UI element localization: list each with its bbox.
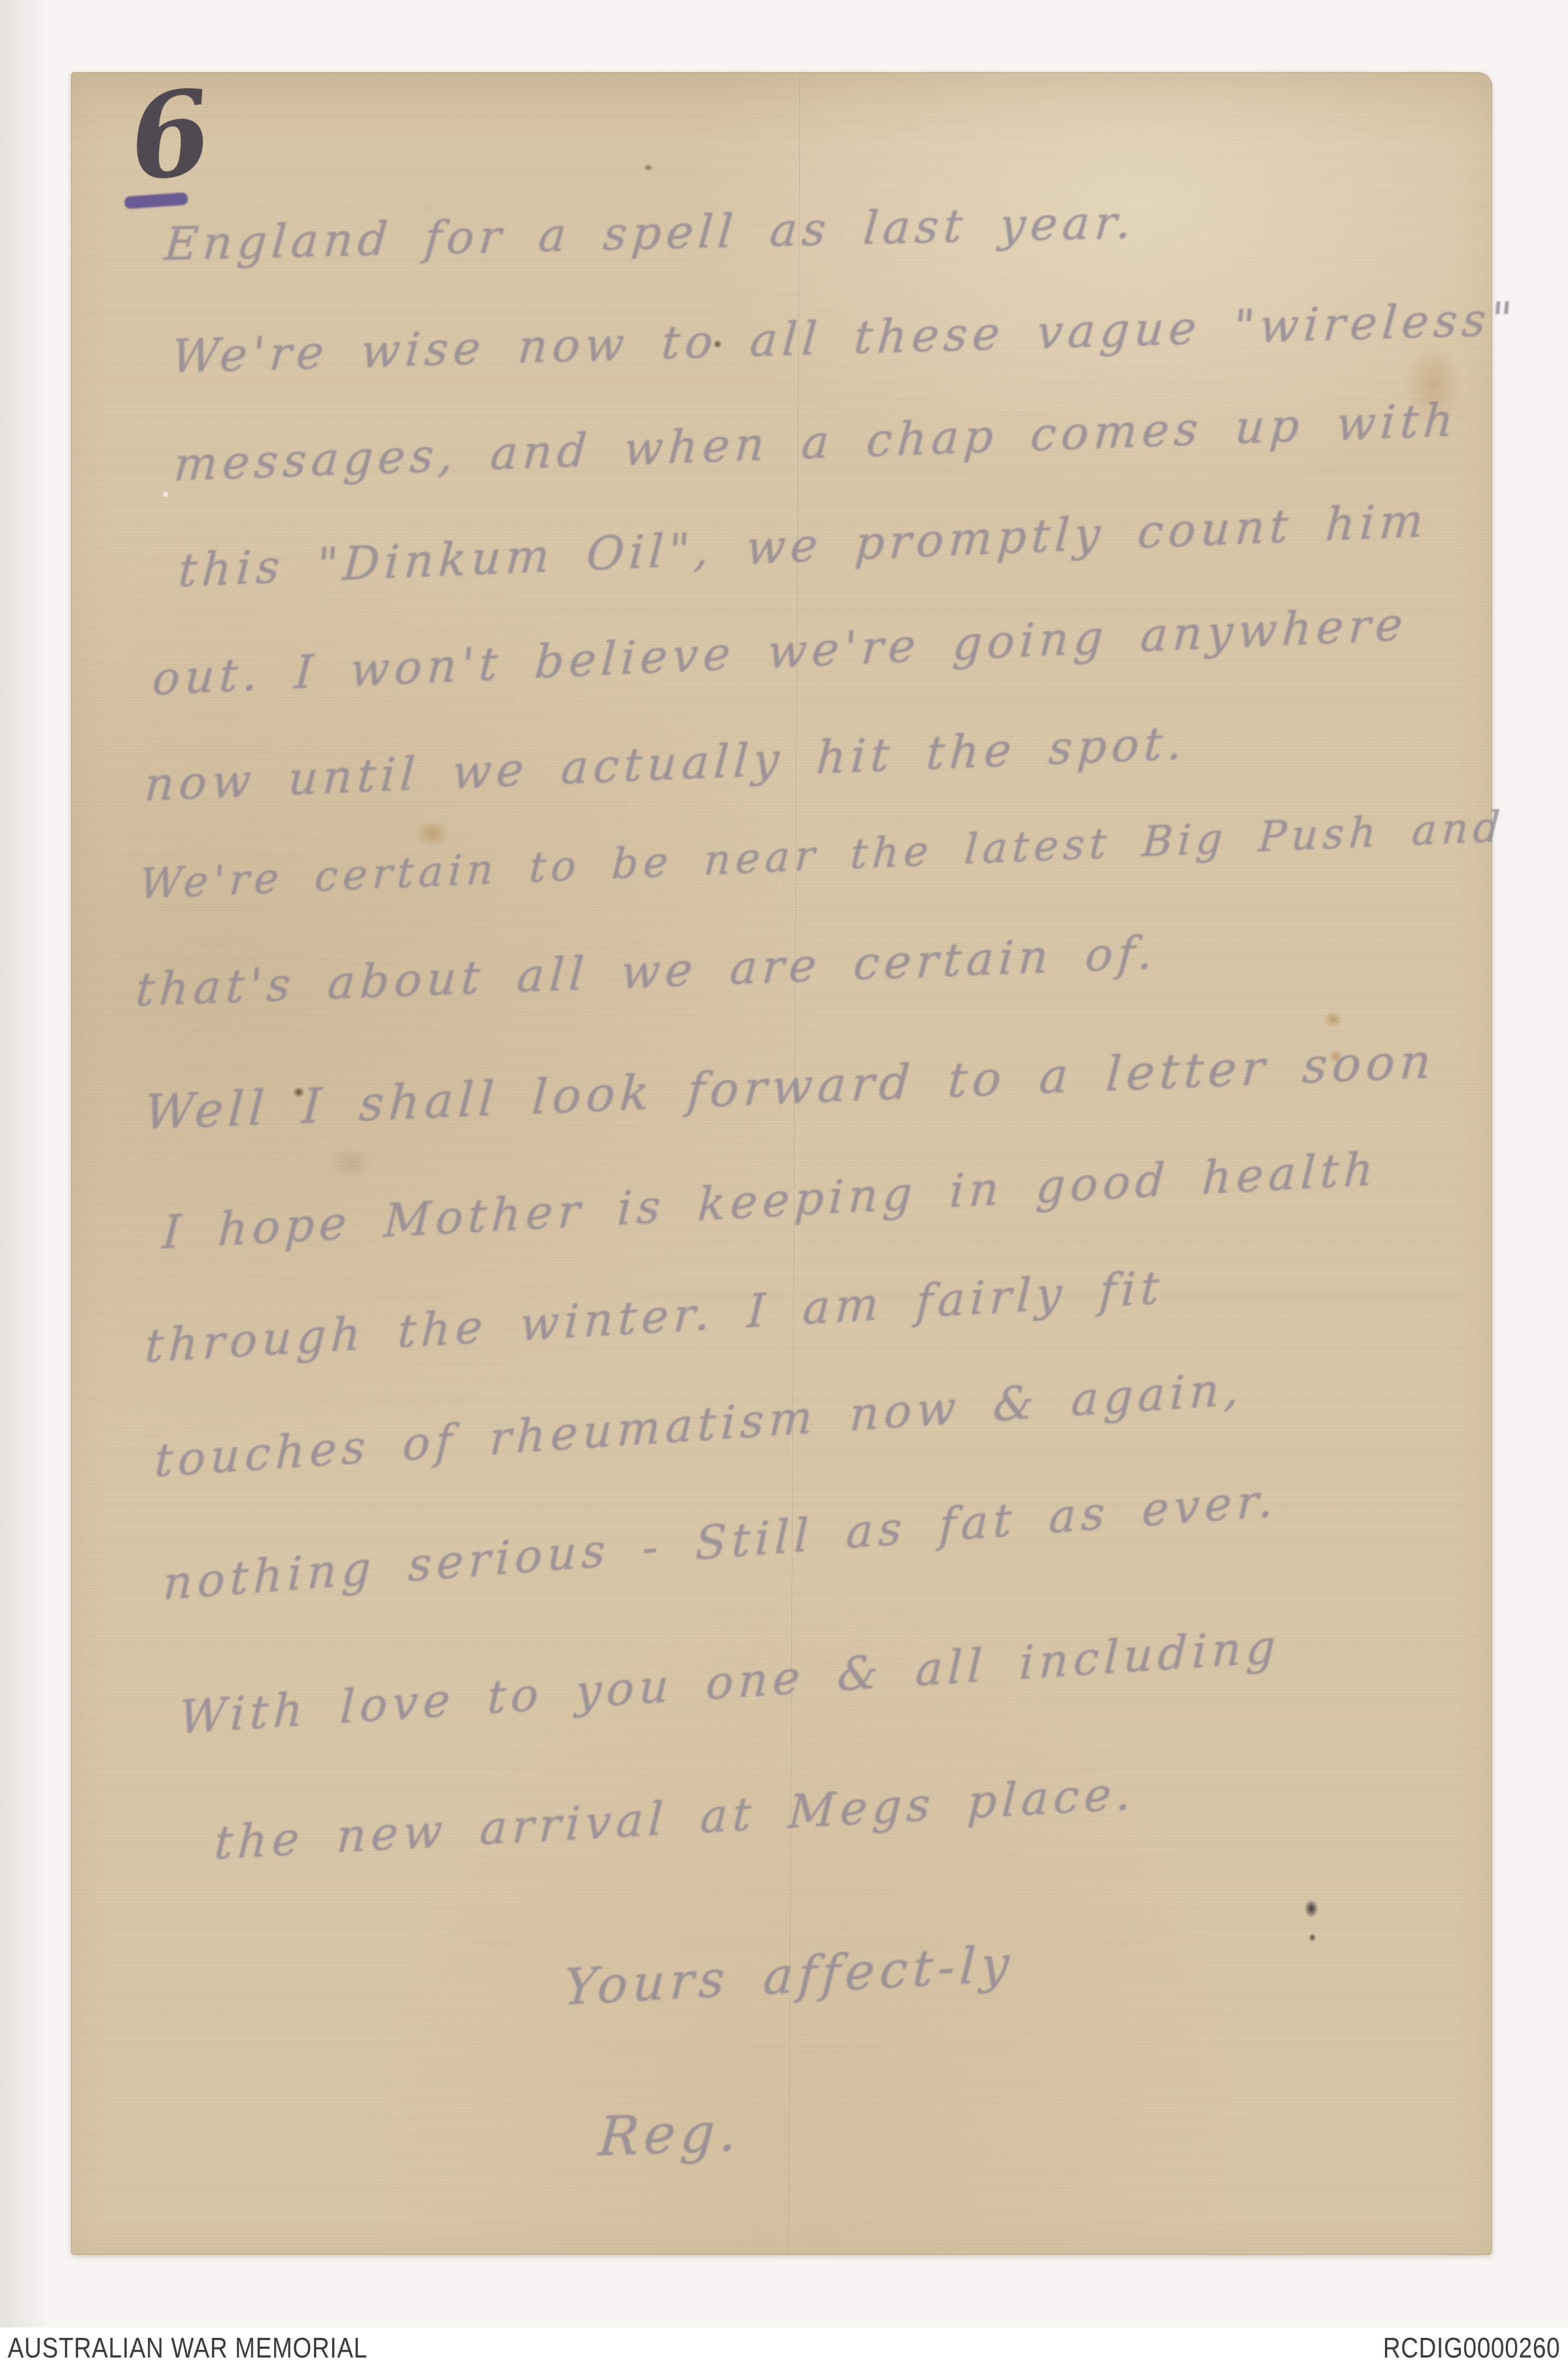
scan-edge-shadow (0, 0, 49, 2327)
caption-bar: AUSTRALIAN WAR MEMORIAL RCDIG0000260 (0, 2327, 1568, 2369)
rust-stain (1324, 1011, 1342, 1028)
scanned-letter-page: 6 England for a spell as last year. We'r… (0, 0, 1568, 2369)
ink-spot (1304, 1899, 1318, 1918)
footer-reference-id: RCDIG0000260 (1383, 2334, 1560, 2362)
pinhole (162, 490, 169, 498)
footer-brand: AUSTRALIAN WAR MEMORIAL (8, 2334, 368, 2362)
dark-speck (643, 164, 653, 171)
page-number: 6 (123, 73, 217, 198)
smudge (328, 1147, 374, 1180)
fold-crease-horizontal (76, 1281, 1486, 1282)
rust-stain (415, 819, 450, 848)
ink-spot (1309, 1933, 1316, 1942)
signature: Reg. (597, 2104, 744, 2167)
